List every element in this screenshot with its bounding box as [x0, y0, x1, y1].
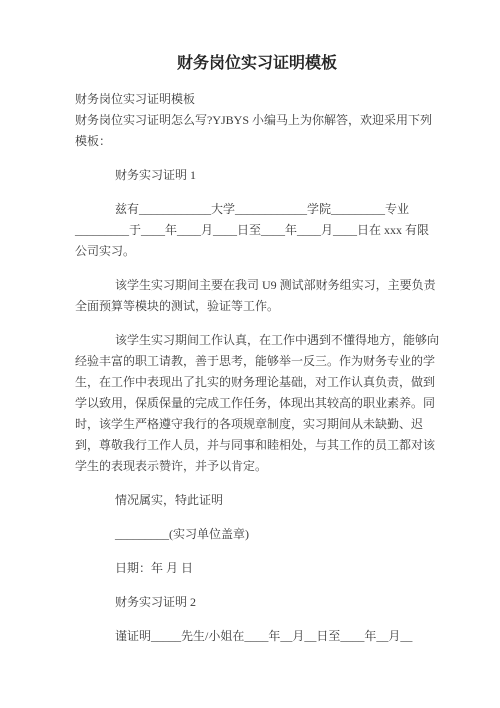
date-line: 日期：年 月 日	[75, 558, 439, 579]
document-page: 财务岗位实习证明模板 财务岗位实习证明模板 财务岗位实习证明怎么写?YJBYS …	[0, 0, 500, 708]
student-info-blanks-line: 兹有____________大学____________学院_________专…	[75, 199, 439, 262]
section2-certify-line: 谨证明_____先生/小姐在____年__月__日至____年__月__	[75, 626, 439, 647]
performance-evaluation-paragraph: 该学生实习期间工作认真，在工作中遇到不懂得地方，能够向经验丰富的职工请教，善于思…	[75, 330, 439, 477]
internship-duties-paragraph: 该学生实习期间主要在我司 U9 测试部财务组实习，主要负责全面预算等模块的测试，…	[75, 275, 439, 317]
conclusion-line: 情况属实，特此证明	[75, 490, 439, 511]
intro-title-line: 财务岗位实习证明模板	[75, 89, 439, 110]
stamp-blank-line: _________(实习单位盖章)	[75, 524, 439, 545]
section2-heading: 财务实习证明 2	[75, 592, 439, 613]
section1-heading: 财务实习证明 1	[75, 165, 439, 186]
document-title: 财务岗位实习证明模板	[75, 52, 439, 76]
intro-question-line: 财务岗位实习证明怎么写?YJBYS 小编马上为你解答，欢迎采用下列模板：	[75, 110, 439, 152]
